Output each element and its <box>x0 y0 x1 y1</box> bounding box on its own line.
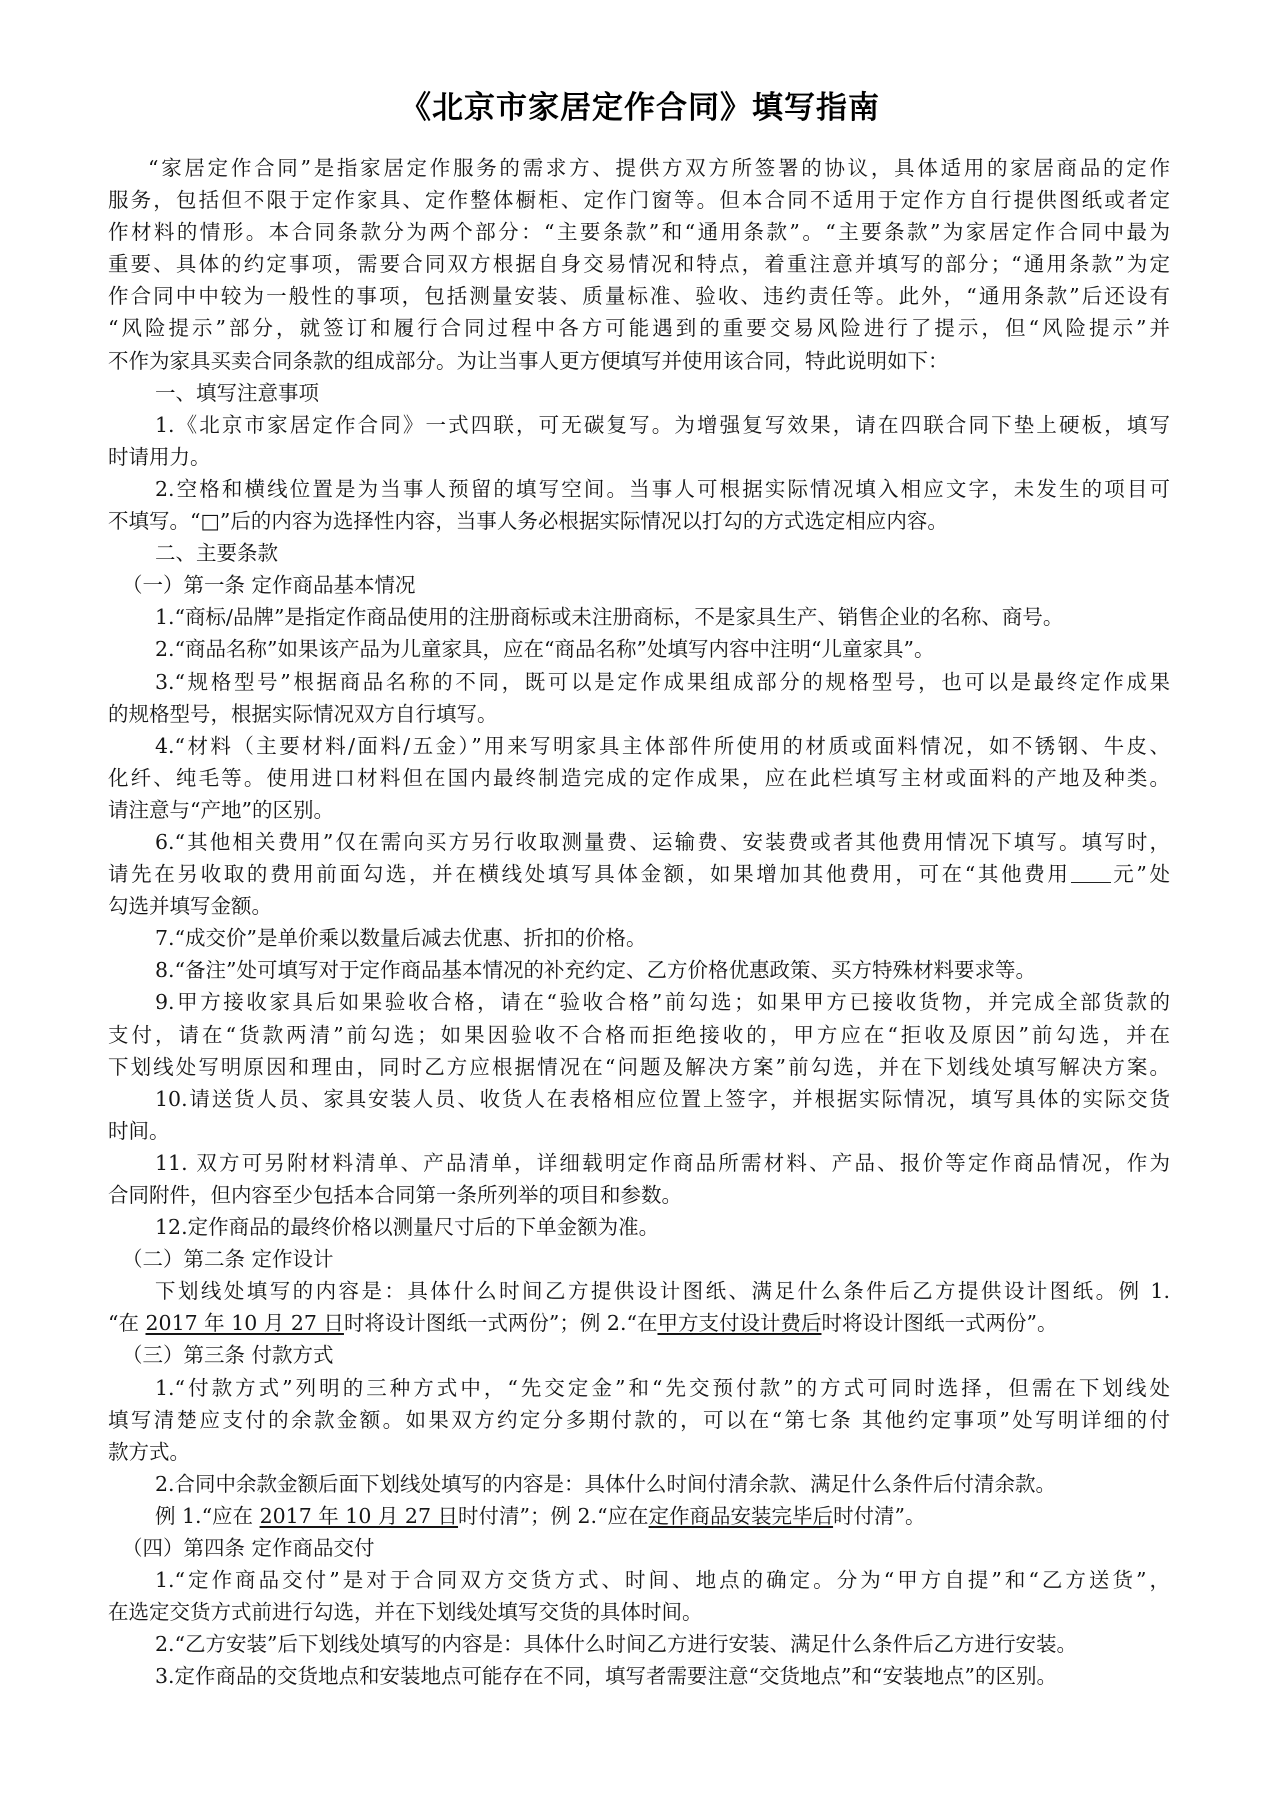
text-line: 合同附件，但内容至少包括本合同第一条所列举的项目和参数。 <box>108 1179 1170 1211</box>
article-heading: （二）第二条 定作设计 <box>108 1243 1170 1275</box>
text-line: “在 2017 年 10 月 27 日时将设计图纸一式两份”；例 2.“在甲方支… <box>108 1307 1170 1339</box>
text-line: 款方式。 <box>108 1436 1170 1468</box>
text-line: 下划线处写明原因和理由，同时乙方应根据情况在“问题及解决方案”前勾选，并在下划线… <box>108 1051 1170 1083</box>
intro-paragraph: “家居定作合同”是指家居定作服务的需求方、提供方双方所签署的协议，具体适用的家居… <box>108 152 1170 377</box>
text-line: 填写清楚应支付的余款金额。如果双方约定分多期付款的，可以在“第七条 其他约定事项… <box>108 1404 1170 1436</box>
text-line: 请注意与“产地”的区别。 <box>108 794 1170 826</box>
text-line: 10.请送货人员、家具安装人员、收货人在表格相应位置上签字，并根据实际情况，填写… <box>108 1083 1170 1115</box>
text-line: 1.“付款方式”列明的三种方式中，“先交定金”和“先交预付款”的方式可同时选择，… <box>108 1372 1170 1404</box>
article-heading: （一）第一条 定作商品基本情况 <box>108 569 1170 601</box>
section-heading: 二、主要条款 <box>108 537 1170 569</box>
text-line: 勾选并填写金额。 <box>108 890 1170 922</box>
text-line: 1.“商标/品牌”是指定作商品使用的注册商标或未注册商标，不是家具生产、销售企业… <box>108 601 1170 633</box>
document-page: 《北京市家居定作合同》填写指南 “家居定作合同”是指家居定作服务的需求方、提供方… <box>0 0 1280 1810</box>
blank-underline <box>1071 862 1111 883</box>
article-heading: （三）第三条 付款方式 <box>108 1339 1170 1371</box>
text-line: 作合同中中较为一般性的事项，包括测量安装、质量标准、验收、违约责任等。此外，“通… <box>108 280 1170 312</box>
text-line: “家居定作合同”是指家居定作服务的需求方、提供方双方所签署的协议，具体适用的家居… <box>108 152 1170 184</box>
text-line: 6.“其他相关费用”仅在需向买方另行收取测量费、运输费、安装费或者其他费用情况下… <box>108 826 1170 858</box>
document-body: “家居定作合同”是指家居定作服务的需求方、提供方双方所签署的协议，具体适用的家居… <box>108 152 1170 1693</box>
text-line: 7.“成交价”是单价乘以数量后减去优惠、折扣的价格。 <box>108 922 1170 954</box>
text-span: 例 1.“应在 <box>155 1504 260 1528</box>
text-line: 在选定交货方式前进行勾选，并在下划线处填写交货的具体时间。 <box>108 1596 1170 1628</box>
text-line: 时请用力。 <box>108 441 1170 473</box>
text-line: 2.空格和横线位置是为当事人预留的填写空间。当事人可根据实际情况填入相应文字，未… <box>108 473 1170 505</box>
underlined-example: 2017 年 10 月 27 日 <box>260 1504 458 1528</box>
text-line: 8.“备注”处可填写对于定作商品基本情况的补充约定、乙方价格优惠政策、买方特殊材… <box>108 954 1170 986</box>
text-line: 重要、具体的约定事项，需要合同双方根据自身交易情况和特点，着重注意并填写的部分；… <box>108 248 1170 280</box>
underlined-example: 2017 年 10 月 27 日 <box>146 1311 344 1335</box>
text-line: 1.《北京市家居定作合同》一式四联，可无碳复写。为增强复写效果，请在四联合同下垫… <box>108 409 1170 441</box>
text-line: 请先在另收取的费用前面勾选，并在横线处填写具体金额，如果增加其他费用，可在“其他… <box>108 858 1170 890</box>
underlined-example: 甲方支付设计费后 <box>657 1311 821 1335</box>
page-title: 《北京市家居定作合同》填写指南 <box>0 86 1280 130</box>
text-line: 12.定作商品的最终价格以测量尺寸后的下单金额为准。 <box>108 1211 1170 1243</box>
article-heading: （四）第四条 定作商品交付 <box>108 1532 1170 1564</box>
text-line: 不填写。“□”后的内容为选择性内容，当事人务必根据实际情况以打勾的方式选定相应内… <box>108 505 1170 537</box>
text-span: 时将设计图纸一式两份”；例 2.“在 <box>344 1311 658 1335</box>
text-line: 2.“商品名称”如果该产品为儿童家具，应在“商品名称”处填写内容中注明“儿童家具… <box>108 633 1170 665</box>
text-line: 4.“材料（主要材料/面料/五金）”用来写明家具主体部件所使用的材质或面料情况，… <box>108 730 1170 762</box>
text-span: 时付清”；例 2.“应在 <box>458 1504 649 1528</box>
text-line: 下划线处填写的内容是：具体什么时间乙方提供设计图纸、满足什么条件后乙方提供设计图… <box>108 1275 1170 1307</box>
underlined-example: 定作商品安装完毕后 <box>649 1504 834 1528</box>
text-line: 2.合同中余款金额后面下划线处填写的内容是：具体什么时间付清余款、满足什么条件后… <box>108 1468 1170 1500</box>
text-span: 元”处 <box>1111 862 1170 886</box>
text-line: 时间。 <box>108 1115 1170 1147</box>
text-line: 3.定作商品的交货地点和安装地点可能存在不同，填写者需要注意“交货地点”和“安装… <box>108 1660 1170 1692</box>
text-line: 化纤、纯毛等。使用进口材料但在国内最终制造完成的定作成果，应在此栏填写主材或面料… <box>108 762 1170 794</box>
text-line: “风险提示”部分，就签订和履行合同过程中各方可能遇到的重要交易风险进行了提示，但… <box>108 312 1170 344</box>
text-line: 支付，请在“货款两清”前勾选；如果因验收不合格而拒绝接收的，甲方应在“拒收及原因… <box>108 1019 1170 1051</box>
text-line: 3.“规格型号”根据商品名称的不同，既可以是定作成果组成部分的规格型号，也可以是… <box>108 666 1170 698</box>
text-line: 的规格型号，根据实际情况双方自行填写。 <box>108 698 1170 730</box>
text-span: 时付清”。 <box>833 1504 925 1528</box>
text-line: 作材料的情形。本合同条款分为两个部分：“主要条款”和“通用条款”。“主要条款”为… <box>108 216 1170 248</box>
text-line: 例 1.“应在 2017 年 10 月 27 日时付清”；例 2.“应在定作商品… <box>108 1500 1170 1532</box>
text-span: “在 <box>108 1311 146 1335</box>
text-line: 11. 双方可另附材料清单、产品清单，详细载明定作商品所需材料、产品、报价等定作… <box>108 1147 1170 1179</box>
text-line: 2.“乙方安装”后下划线处填写的内容是：具体什么时间乙方进行安装、满足什么条件后… <box>108 1628 1170 1660</box>
text-span: 时将设计图纸一式两份”。 <box>821 1311 1057 1335</box>
text-line: 9.甲方接收家具后如果验收合格，请在“验收合格”前勾选；如果甲方已接收货物，并完… <box>108 986 1170 1018</box>
text-line: 1.“定作商品交付”是对于合同双方交货方式、时间、地点的确定。分为“甲方自提”和… <box>108 1564 1170 1596</box>
text-span: 请先在另收取的费用前面勾选，并在横线处填写具体金额，如果增加其他费用，可在“其他… <box>108 862 1071 886</box>
text-line: 服务，包括但不限于定作家具、定作整体橱柜、定作门窗等。但本合同不适用于定作方自行… <box>108 184 1170 216</box>
text-line: 不作为家具买卖合同条款的组成部分。为让当事人更方便填写并使用该合同，特此说明如下… <box>108 345 1170 377</box>
section-heading: 一、填写注意事项 <box>108 377 1170 409</box>
